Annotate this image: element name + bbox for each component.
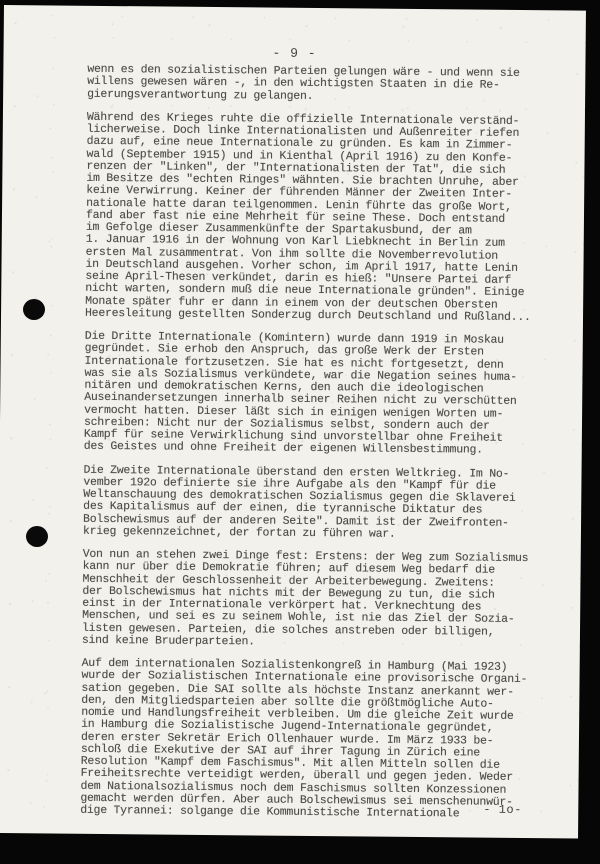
- paragraph-wartime-international: Während des Krieges ruhte die offizielle…: [85, 112, 573, 325]
- paragraph-second-international: Die Zweite Internationale überstand den …: [83, 464, 570, 542]
- paragraph-intro: wenn es den sozialistischen Parteien gel…: [87, 64, 573, 105]
- document-page: - 9 - wenn es den sozialistischen Partei…: [0, 5, 586, 839]
- paragraph-hamburg-congress: Auf dem internationalen Sozialistenkongr…: [80, 658, 568, 822]
- hole-punch-dot-lower: [26, 526, 48, 547]
- paragraph-two-conclusions: Von nun an stehen zwei Dinge fest: Erste…: [82, 549, 569, 652]
- page-number-bottom: - 1o-: [483, 803, 522, 817]
- document-text-block: wenn es den sozialistischen Parteien gel…: [80, 64, 573, 833]
- hole-punch-dot-upper: [23, 299, 45, 320]
- scan-frame: - 9 - wenn es den sozialistischen Partei…: [0, 0, 600, 864]
- page-number-top: - 9 -: [3, 43, 585, 64]
- paragraph-third-international: Die Dritte Internationale (Komintern) wu…: [84, 331, 571, 458]
